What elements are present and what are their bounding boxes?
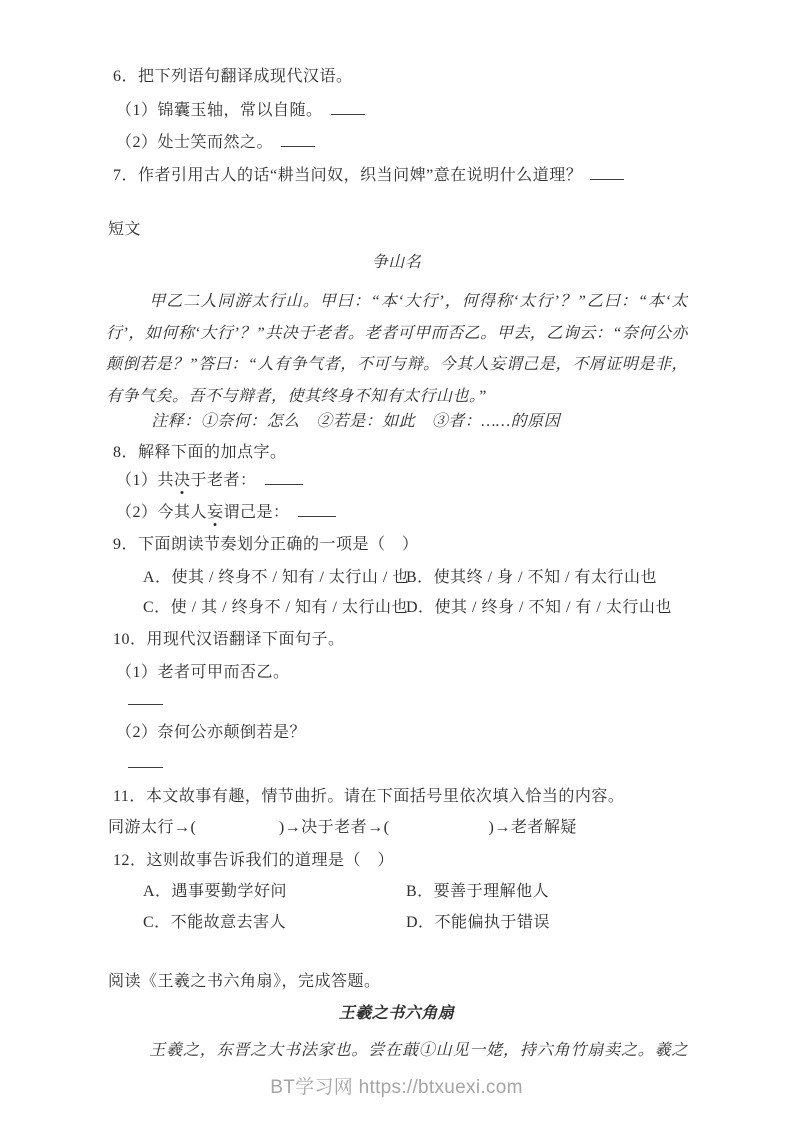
question-6-item-2-text: （2）处士笑而然之。 xyxy=(116,134,273,151)
section-label-text: 短文 xyxy=(108,221,141,238)
question-7-stem: 7．作者引用古人的话“耕当问奴，织当问婢”意在说明什么道理？ xyxy=(113,165,624,186)
question-8-item-1-pre: （1）共 xyxy=(116,472,174,489)
question-10-item-2: （2）奈何公亦颠倒若是？ xyxy=(116,723,306,743)
question-8-stem: 8．解释下面的加点字。 xyxy=(113,443,287,463)
answer-blank xyxy=(590,165,624,180)
question-8-item-2: （2）今其人妄谓己是： xyxy=(116,502,336,523)
answer-line xyxy=(128,704,163,705)
passage-2-title-text: 王羲之书六角扇 xyxy=(339,1005,455,1022)
question-12-stem: 12．这则故事告诉我们的道理是（ ） xyxy=(113,851,394,871)
question-6-item-2: （2）处士笑而然之。 xyxy=(116,132,315,153)
question-12-option-d: D．不能偏执于错误 xyxy=(406,913,550,933)
question-9-option-a: A．使其 / 终身不 / 知有 / 太行山 / 也 xyxy=(143,568,409,588)
answer-blank xyxy=(265,470,303,485)
passage-1-body: 甲乙二人同游太行山。甲曰：“本‘大行’，何得称‘太行’？”乙曰：“本‘太行’，如… xyxy=(106,286,688,414)
passage-1-title: 争山名 xyxy=(0,253,793,273)
section-label: 短文 xyxy=(108,220,141,240)
question-8-item-2-pre: （2）今其人 xyxy=(116,504,207,521)
reading-task-intro: 阅读《王羲之书六角扇》，完成答题。 xyxy=(108,972,381,992)
question-9-option-b: B．使其终 / 身 / 不知 / 有太行山也 xyxy=(406,568,657,588)
answer-blank xyxy=(298,502,336,517)
question-10-stem: 10．用现代汉语翻译下面句子。 xyxy=(113,630,345,650)
question-6-stem: 6．把下列语句翻译成现代汉语。 xyxy=(113,67,353,87)
question-10-item-1: （1）老者可甲而否乙。 xyxy=(116,663,290,683)
question-7-stem-text: 7．作者引用古人的话“耕当问奴，织当问婢”意在说明什么道理？ xyxy=(113,167,582,184)
question-9-option-d: D．使其 / 终身 / 不知 / 有 / 太行山也 xyxy=(406,598,672,618)
question-9-option-c: C．使 / 其 / 终身不 / 知有 / 太行山也 xyxy=(143,598,408,618)
question-12-option-a: A．遇事要勤学好问 xyxy=(143,882,287,902)
passage-2-title: 王羲之书六角扇 xyxy=(0,1004,793,1024)
question-6-item-1: （1）锦囊玉轴，常以自随。 xyxy=(116,100,365,121)
exam-document-page: 6．把下列语句翻译成现代汉语。 （1）锦囊玉轴，常以自随。 （2）处士笑而然之。… xyxy=(0,0,793,1122)
passage-1-title-text: 争山名 xyxy=(372,254,422,271)
question-9-stem-text: 9．下面朗读节奏划分正确的一项是（ ） xyxy=(113,536,419,553)
answer-line xyxy=(128,767,163,768)
question-12-option-c: C．不能故意去害人 xyxy=(143,913,286,933)
answer-blank xyxy=(281,132,315,147)
answer-blank xyxy=(331,100,365,115)
passage-1-notes: 注释：①奈何：怎么 ②若是：如此 ③者：……的原因 xyxy=(108,412,560,432)
question-12-option-b: B．要善于理解他人 xyxy=(406,882,549,902)
question-8-item-2-post: 谓己是： xyxy=(224,504,290,521)
question-11-stem: 11．本文故事有趣，情节曲折。请在下面括号里依次填入恰当的内容。 xyxy=(113,787,624,807)
question-8-stem-text: 8．解释下面的加点字。 xyxy=(113,444,287,461)
dotted-character: 决 xyxy=(174,472,191,489)
dotted-character: 妄 xyxy=(207,504,224,521)
question-11-flow-chart: 同游太行→( )→决于老者→( )→老者解疑 xyxy=(108,818,577,838)
passage-2-body: 王羲之，东晋之大书法家也。尝在蕺①山见一姥，持六角竹扇卖之。羲之书其扇， xyxy=(106,1035,688,1069)
question-8-item-1: （1）共决于老者： xyxy=(116,470,303,491)
question-9-stem: 9．下面朗读节奏划分正确的一项是（ ） xyxy=(113,535,419,555)
site-watermark: BT学习网 https://btxuexi.com xyxy=(0,1072,793,1099)
question-8-item-1-post: 于老者： xyxy=(191,472,257,489)
question-6-stem-text: 6．把下列语句翻译成现代汉语。 xyxy=(113,68,353,85)
question-6-item-1-text: （1）锦囊玉轴，常以自随。 xyxy=(116,102,323,119)
